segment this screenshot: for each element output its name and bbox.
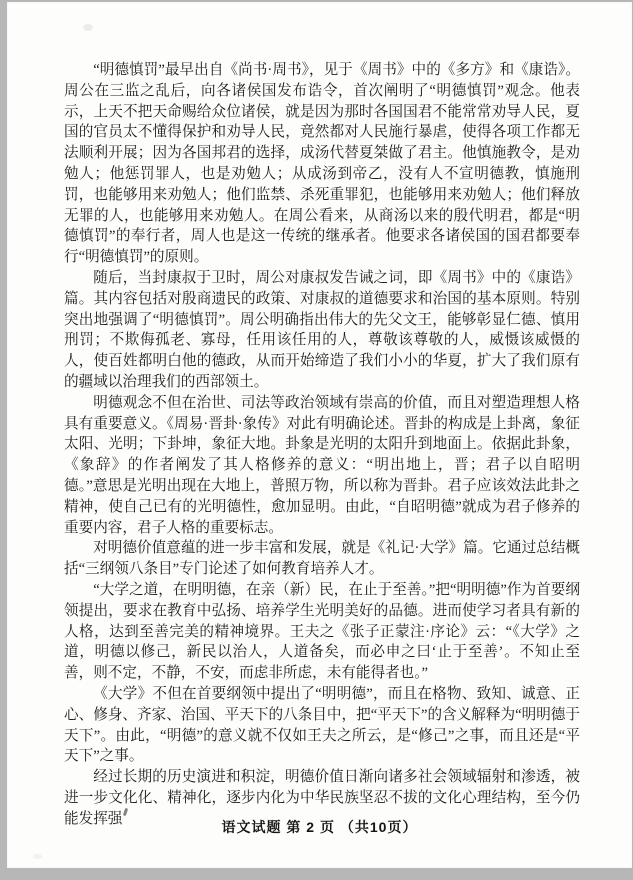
paragraph-4: 对明德价值意蕴的进一步丰富和发展，就是《礼记·大学》篇。它通过总结概括“三纲领八… [64, 538, 580, 580]
scan-speck [33, 854, 42, 859]
paragraph-3: 明德观念不但在治世、司法等政治领域有崇高的价值，而且对塑造理想人格具有重要意义。… [64, 393, 580, 539]
page-footer: 语文试题 第 2 页 （共10页） [7, 817, 632, 837]
paragraph-6: 《大学》不但在首要纲领中提出了“明明德”，而且在格物、致知、诚意、正心、修身、齐… [64, 684, 580, 767]
paragraph-1: “明德慎罚”最早出自《尚书·周书》，见于《周书》中的《多方》和《康诰》。周公在三… [64, 60, 580, 268]
scan-smudge [83, 24, 93, 31]
document-body: “明德慎罚”最早出自《尚书·周书》，见于《周书》中的《多方》和《康诰》。周公在三… [64, 60, 580, 829]
scanned-exam-page: “明德慎罚”最早出自《尚书·周书》，见于《周书》中的《多方》和《康诰》。周公在三… [0, 0, 633, 880]
paragraph-5: “大学之道，在明明德，在亲（新）民，在止于至善。”把“明明德”作为首要纲领提出，… [64, 580, 580, 684]
document-page: “明德慎罚”最早出自《尚书·周书》，见于《周书》中的《多方》和《康诰》。周公在三… [7, 2, 632, 868]
paragraph-2: 随后，当封康叔于卫时，周公对康叔发告诫之词，即《周书》中的《康诰》篇。其内容包括… [64, 268, 580, 393]
